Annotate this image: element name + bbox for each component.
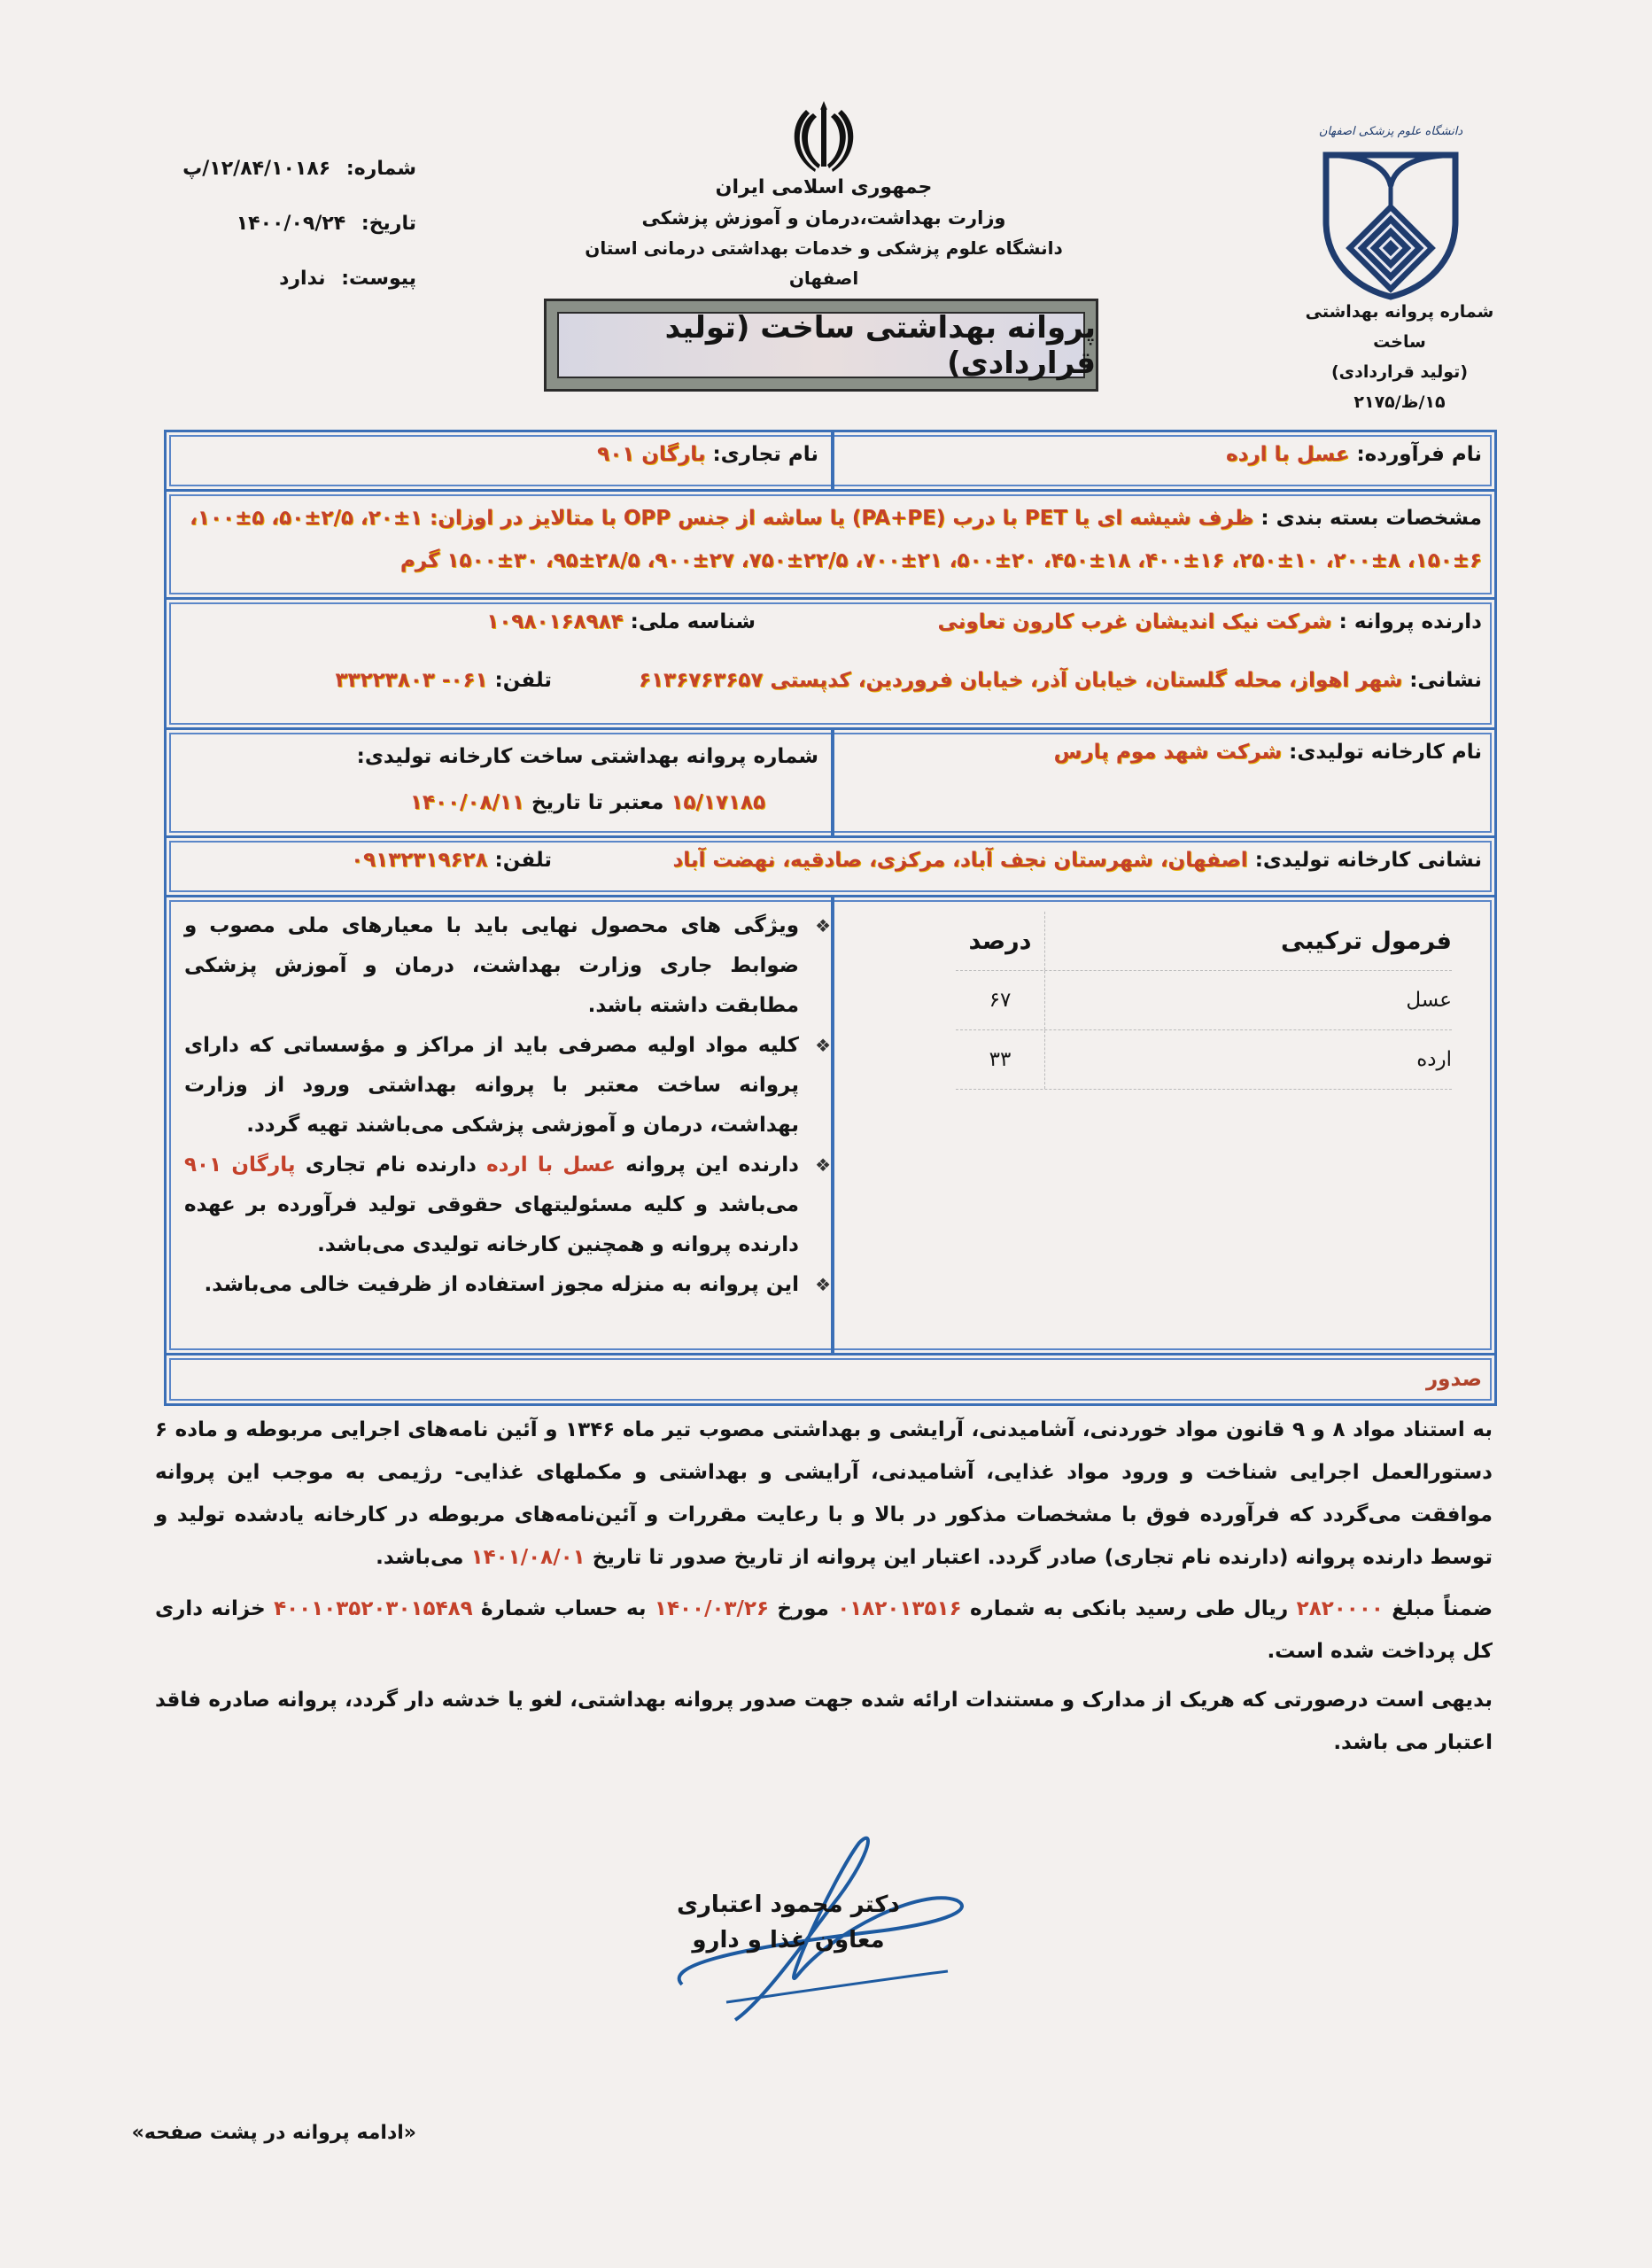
factory-name-field: نام کارخانه تولیدی: شرکت شهد موم پارس [834,730,1494,835]
row-packaging: مشخصات بسته بندی : ظرف شیشه ای یا PET با… [164,489,1497,600]
row-formula-notes: فرمول ترکیبی درصد عسل ۶۷ ارده ۳۳ ❖ ویژگی… [164,895,1497,1355]
row-factory: نام کارخانه تولیدی: شرکت شهد موم پارس شم… [164,727,1497,838]
document-title: پروانه بهداشتی ساخت (تولید قراردادی) [544,299,1098,392]
license-caption-number: ۱۵/ظ/۲۱۷۵ [1293,387,1506,417]
iran-emblem-icon [788,97,859,177]
continued-note: «ادامه پروانه در پشت صفحه» [97,2122,416,2144]
org-university: دانشگاه علوم پزشکی و خدمات بهداشتی درمان… [567,233,1081,293]
receipt-date: ۱۴۰۰/۰۳/۲۶ [655,1597,769,1620]
formula-row: ارده ۳۳ [956,1030,1452,1090]
percent-header: درصد [956,912,1045,970]
factory-name-value: شرکت شهد موم پارس [1054,741,1283,764]
account-number: ۴۰۰۱۰۳۵۲۰۳۰۱۵۴۸۹ [274,1597,473,1620]
product-name-value: عسل با ارده [1226,443,1349,466]
org-ministry: وزارت بهداشت،درمان و آموزش پزشکی [567,203,1081,233]
product-name-field: نام فرآورده: عسل با ارده [834,432,1494,489]
signatory-title: معاون غذا و دارو [655,1922,921,1958]
factory-license-valid-date: ۱۴۰۰/۰۸/۱۱ [410,791,524,814]
letter-attachment: پیوست: ندارد [133,268,416,290]
formula-header: فرمول ترکیبی درصد [956,912,1452,971]
cell-divider [831,730,834,835]
receipt-number: ۰۱۸۲۰۱۳۵۱۶ [837,1597,961,1620]
conditions-list: ❖ ویژگی های محصول نهایی باید با معیارهای… [184,906,831,1305]
svg-text:دانشگاه علوم پزشکی اصفهان: دانشگاه علوم پزشکی اصفهان [1319,124,1462,138]
license-holder-value: شرکت نیک اندیشان غرب کارون تعاونی [937,610,1331,633]
holder-phone-field: تلفن: ۰۶۱- ۳۳۲۲۳۸۰۳ [175,658,564,703]
signatory-name: دکتر محمود اعتباری [655,1887,921,1922]
formula-title: فرمول ترکیبی [1281,928,1452,955]
issue-label: صدور [167,1355,1494,1403]
validity-date: ۱۴۰۱/۰۸/۰۱ [471,1546,586,1569]
row-product: نام فرآورده: عسل با ارده نام تجاری: بارگ… [164,430,1497,492]
payment-paragraph: ضمناً مبلغ ۲۸۲۰۰۰۰ ریال طی رسید بانکی به… [155,1588,1493,1673]
holder-address-value: شهر اهواز، محله گلستان، خیابان آذر، خیاب… [639,669,1402,692]
holder-phone-value: ۰۶۱- ۳۳۲۲۳۸۰۳ [336,669,488,692]
brand-name-value: بارگان ۹۰۱ [597,443,705,466]
diamond-bullet-icon: ❖ [799,1026,831,1146]
payment-amount: ۲۸۲۰۰۰۰ [1297,1597,1384,1620]
ingredient-name: ارده [1416,1048,1452,1071]
formula-row: عسل ۶۷ [956,971,1452,1030]
row-issue: صدور [164,1353,1497,1406]
university-logo-icon: دانشگاه علوم پزشکی اصفهان [1315,115,1466,301]
letter-number: شماره: ۱۲/۸۴/۱۰۱۸۶/پ [133,158,416,180]
diamond-bullet-icon: ❖ [799,1265,831,1305]
organization-header: جمهوری اسلامی ایران وزارت بهداشت،درمان و… [567,173,1081,293]
factory-license-field: شماره پروانه بهداشتی ساخت کارخانه تولیدی… [167,730,831,835]
condition-item: ❖ این پروانه به منزله مجوز استفاده از ظر… [184,1265,831,1305]
row-factory-address: نشانی کارخانه تولیدی: اصفهان، شهرستان نج… [164,835,1497,897]
signature-block: دکتر محمود اعتباری معاون غذا و دارو [655,1887,921,1958]
diamond-bullet-icon: ❖ [799,906,831,1026]
letter-attachment-value: ندارد [279,268,325,290]
condition-item: ❖ دارنده این پروانه عسل با ارده دارنده ن… [184,1146,831,1265]
condition-item: ❖ ویژگی های محصول نهایی باید با معیارهای… [184,906,831,1026]
validity-clause-paragraph: بدیهی است درصورتی که هریک از مدارک و مست… [155,1679,1493,1764]
row-holder: دارنده پروانه : شرکت نیک اندیشان غرب کار… [164,597,1497,730]
ingredient-percent: ۶۷ [956,971,1045,1029]
license-caption: شماره پروانه بهداشتی ساخت (تولید قرارداد… [1293,297,1506,417]
ingredient-percent: ۳۳ [956,1030,1045,1089]
factory-license-line: ۱۵/۱۷۱۸۵ معتبر تا تاریخ ۱۴۰۰/۰۸/۱۱ [179,780,818,826]
authorization-paragraph: به استناد مواد ۸ و ۹ قانون مواد خوردنی، … [155,1409,1493,1579]
packaging-field: مشخصات بسته بندی : ظرف شیشه ای یا PET با… [167,492,1494,597]
cell-divider [831,897,834,1353]
factory-phone-value: ۰۹۱۳۲۳۱۹۶۲۸ [351,849,487,872]
factory-address-value: اصفهان، شهرستان نجف آباد، مرکزی، صادقیه،… [672,849,1247,872]
factory-phone-field: تلفن: ۰۹۱۳۲۳۱۹۶۲۸ [175,838,564,895]
note-product-name: عسل با ارده [486,1153,616,1177]
factory-license-number: ۱۵/۱۷۱۸۵ [671,791,765,814]
brand-name-field: نام تجاری: بارگان ۹۰۱ [167,432,831,489]
national-id-value: ۱۰۹۸۰۱۶۸۹۸۴ [486,610,623,633]
condition-item: ❖ کلیه مواد اولیه مصرفی باید از مراکز و … [184,1026,831,1146]
note-brand-name: پارگان ۹۰۱ [184,1153,296,1177]
letter-date-value: ۱۴۰۰/۰۹/۲۴ [237,213,346,235]
ingredient-name: عسل [1406,989,1452,1012]
letter-date: تاریخ: ۱۴۰۰/۰۹/۲۴ [133,213,416,235]
national-id-field: شناسه ملی: ۱۰۹۸۰۱۶۸۹۸۴ [237,600,768,644]
org-country: جمهوری اسلامی ایران [567,173,1081,203]
formula-table: فرمول ترکیبی درصد عسل ۶۷ ارده ۳۳ [956,912,1452,1090]
cell-divider [831,432,834,489]
letter-number-value: ۱۲/۸۴/۱۰۱۸۶/پ [182,158,330,180]
diamond-bullet-icon: ❖ [799,1146,831,1265]
